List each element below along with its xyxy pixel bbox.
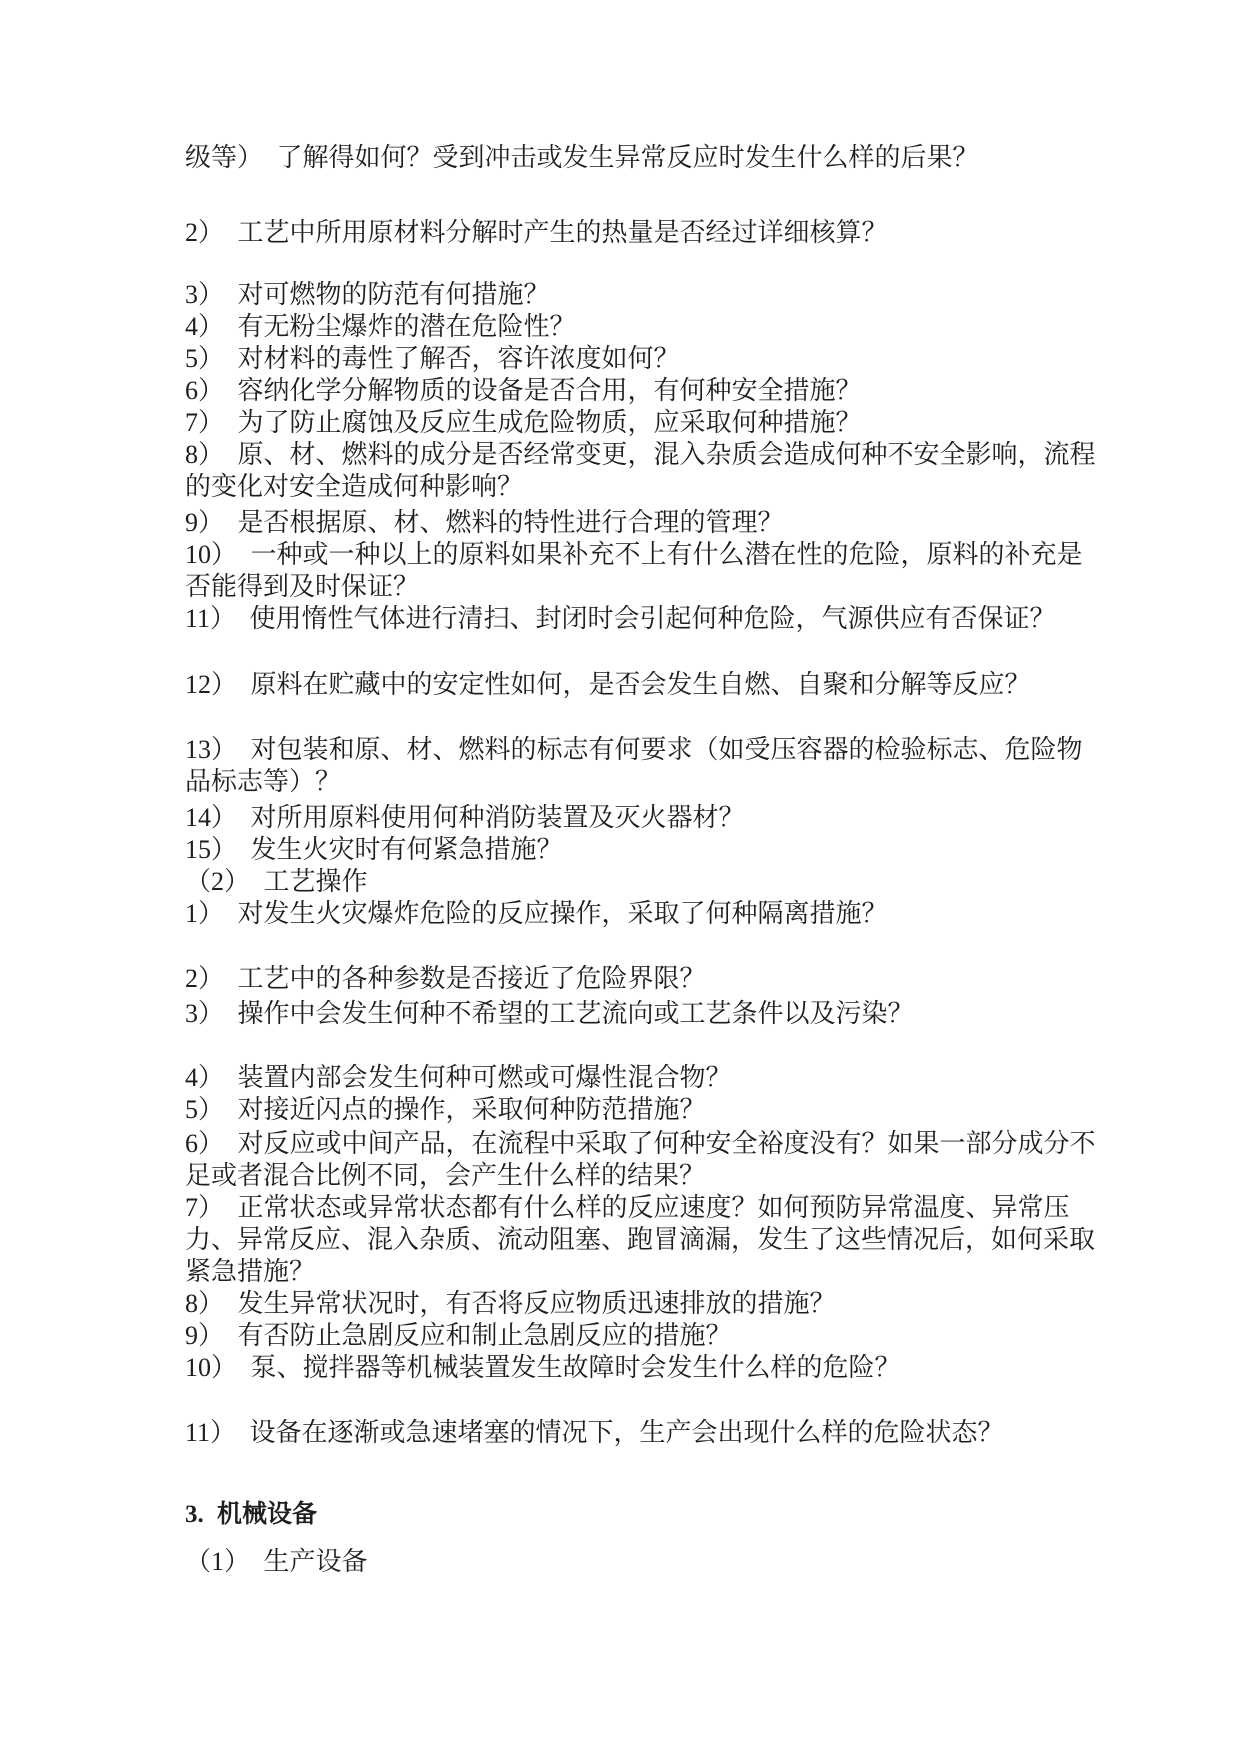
list-item: 7） 为了防止腐蚀及反应生成危险物质，应采取何种措施？ — [185, 407, 1097, 439]
list-item: 10） 一种或一种以上的原料如果补充不上有什么潜在性的危险，原料的补充是否能得到… — [185, 539, 1097, 603]
list-item: 8） 原、材、燃料的成分是否经常变更，混入杂质会造成何种不安全影响，流程的变化对… — [185, 439, 1097, 503]
subsection-heading: （2） 工艺操作 — [185, 866, 1097, 898]
list-item: 12） 原料在贮藏中的安定性如何，是否会发生自燃、自聚和分解等反应？ — [185, 669, 1097, 701]
list-item: 10） 泵、搅拌器等机械装置发生故障时会发生什么样的危险？ — [185, 1352, 1097, 1384]
list-item: 2） 工艺中所用原材料分解时产生的热量是否经过详细核算？ — [185, 217, 1097, 249]
list-item: 级等） 了解得如何？受到冲击或发生异常反应时发生什么样的后果？ — [185, 142, 1097, 174]
document-content: 级等） 了解得如何？受到冲击或发生异常反应时发生什么样的后果？2） 工艺中所用原… — [185, 142, 1097, 1578]
list-item: 9） 有否防止急剧反应和制止急剧反应的措施？ — [185, 1320, 1097, 1352]
list-item: 2） 工艺中的各种参数是否接近了危险界限？ — [185, 963, 1097, 995]
list-item: 6） 对反应或中间产品，在流程中采取了何种安全裕度没有？如果一部分成分不足或者混… — [185, 1128, 1097, 1192]
list-item: 4） 有无粉尘爆炸的潜在危险性？ — [185, 311, 1097, 343]
list-item: 9） 是否根据原、材、燃料的特性进行合理的管理？ — [185, 507, 1097, 539]
list-item: 3） 操作中会发生何种不希望的工艺流向或工艺条件以及污染？ — [185, 998, 1097, 1030]
list-item: 11） 使用惰性气体进行清扫、封闭时会引起何种危险，气源供应有否保证？ — [185, 603, 1097, 635]
list-item: 1） 对发生火灾爆炸危险的反应操作，采取了何种隔离措施？ — [185, 898, 1097, 930]
list-item: 3） 对可燃物的防范有何措施？ — [185, 279, 1097, 311]
list-item: 5） 对接近闪点的操作，采取何种防范措施？ — [185, 1094, 1097, 1126]
list-item: 5） 对材料的毒性了解否，容许浓度如何？ — [185, 343, 1097, 375]
list-item: 6） 容纳化学分解物质的设备是否合用，有何种安全措施？ — [185, 375, 1097, 407]
subsection-heading: （1） 生产设备 — [185, 1546, 1097, 1578]
list-item: 11） 设备在逐渐或急速堵塞的情况下，生产会出现什么样的危险状态？ — [185, 1417, 1097, 1449]
list-item: 8） 发生异常状况时，有否将反应物质迅速排放的措施？ — [185, 1288, 1097, 1320]
list-item: 7） 正常状态或异常状态都有什么样的反应速度？如何预防异常温度、异常压力、异常反… — [185, 1192, 1097, 1288]
section-heading: 3. 机械设备 — [185, 1499, 1097, 1531]
list-item: 15） 发生火灾时有何紧急措施？ — [185, 834, 1097, 866]
list-item: 13） 对包装和原、材、燃料的标志有何要求（如受压容器的检验标志、危险物品标志等… — [185, 734, 1097, 798]
list-item: 4） 装置内部会发生何种可燃或可爆性混合物？ — [185, 1062, 1097, 1094]
document-page: 级等） 了解得如何？受到冲击或发生异常反应时发生什么样的后果？2） 工艺中所用原… — [0, 0, 1241, 1754]
list-item: 14） 对所用原料使用何种消防装置及灭火器材？ — [185, 802, 1097, 834]
